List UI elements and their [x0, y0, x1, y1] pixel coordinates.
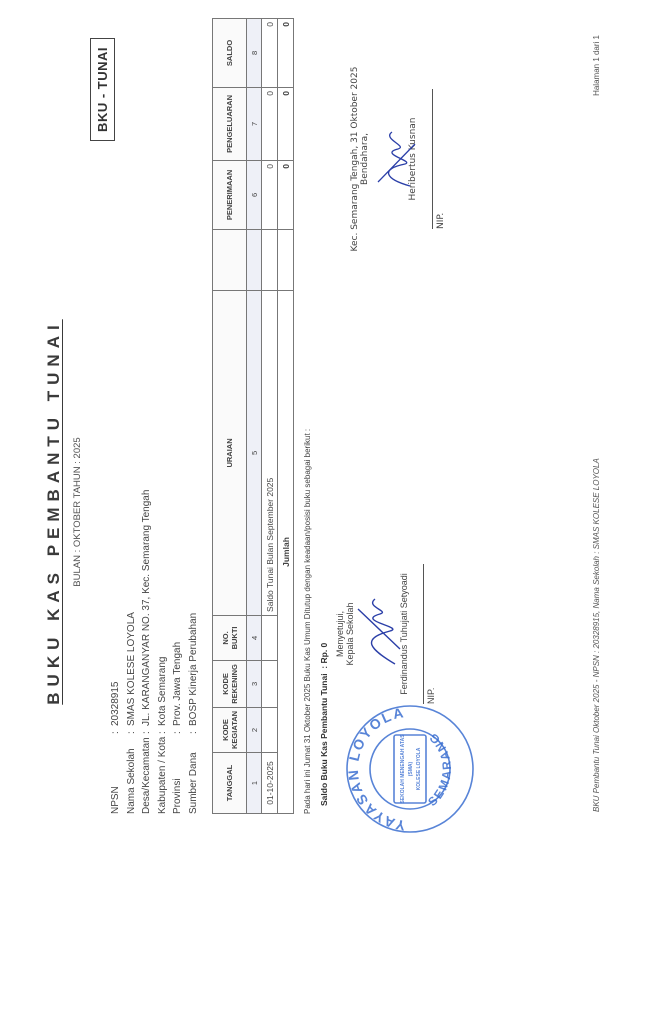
document-subtitle: BULAN : OKTOBER TAHUN : 2025	[72, 0, 83, 1024]
saldo-summary-value: : Rp. 0	[319, 643, 329, 669]
info-label: Kabupaten / Kota	[157, 734, 168, 814]
signing-place-date: Kec. Semarang Tengah, 31 Oktober 2025	[350, 59, 360, 259]
principal-nip: NIP.	[426, 534, 436, 734]
info-separator: :	[141, 726, 152, 734]
page-number: Halaman 1 dari 1	[592, 35, 601, 96]
info-separator: :	[126, 726, 137, 734]
info-value: BOSP Kinerja Perubahan	[188, 613, 199, 726]
total-label: Jumlah	[278, 290, 294, 813]
col-header-tanggal: TANGGAL	[213, 753, 247, 814]
info-row-province: Provinsi:Prov. Jawa Tengah	[170, 490, 186, 814]
col-header-penerimaan: PENERIMAAN	[213, 160, 247, 229]
table-total-row: Jumlah 0 0 0	[278, 18, 294, 813]
cell-tanggal: 01-10-2025	[262, 753, 278, 814]
info-separator: :	[188, 726, 199, 734]
cell-blank	[278, 229, 294, 290]
cell-no-bukti	[262, 615, 278, 660]
cash-ledger-table: TANGGAL KODE KEGIATAN KODE REKENING NO. …	[212, 18, 294, 814]
info-label: Sumber Dana	[188, 734, 199, 814]
document-title-text: BUKU KAS PEMBANTU TUNAI	[44, 319, 63, 704]
col-header-pengeluaran: PENGELUARAN	[213, 87, 247, 160]
svg-text:SEKOLAH MENENGAH ATAS: SEKOLAH MENENGAH ATAS	[400, 734, 406, 804]
total-saldo: 0	[278, 18, 294, 87]
index-cell: 1	[247, 753, 262, 814]
info-value: JL. KARANGANYAR NO. 37, Kec. Semarang Te…	[141, 490, 152, 726]
col-header-uraian: URAIAN	[213, 290, 247, 615]
col-header-kode-kegiatan: KODE KEGIATAN	[213, 707, 247, 752]
info-label: NPSN	[110, 734, 121, 814]
table-row: 01-10-2025 Saldo Tunai Bulan September 2…	[262, 18, 278, 813]
bku-tunai-badge: BKU - TUNAI	[90, 38, 115, 141]
cell-kode-kegiatan	[262, 707, 278, 752]
info-label: Provinsi	[172, 734, 183, 814]
page-footer: BKU Pembantu Tunai Oktober 2025 - NPSN :…	[592, 458, 601, 812]
index-cell: 7	[247, 87, 262, 160]
cell-pengeluaran: 0	[262, 87, 278, 160]
total-penerimaan: 0	[278, 160, 294, 229]
treasurer-nip: NIP.	[436, 59, 446, 259]
info-label: Nama Sekolah	[126, 734, 137, 814]
table-header-row: TANGGAL KODE KEGIATAN KODE REKENING NO. …	[213, 18, 247, 813]
info-value: Prov. Jawa Tengah	[172, 642, 183, 726]
col-header-no-bukti: NO. BUKTI	[213, 615, 247, 660]
col-header-kode-rekening: KODE REKENING	[213, 660, 247, 707]
saldo-summary-label: Saldo Buku Kas Pembantu Tunai	[319, 673, 329, 806]
info-separator: :	[157, 726, 168, 734]
index-cell	[247, 229, 262, 290]
column-index-row: 1 2 3 4 5 6 7 8	[247, 18, 262, 813]
info-row-district: Desa/Kecamatan:JL. KARANGANYAR NO. 37, K…	[139, 490, 155, 814]
cell-kode-rekening	[262, 660, 278, 707]
signature-line	[423, 564, 424, 704]
svg-text:(SMA): (SMA)	[408, 761, 414, 776]
index-cell: 4	[247, 615, 262, 660]
cell-blank	[262, 229, 278, 290]
index-cell: 2	[247, 707, 262, 752]
info-row-school-name: Nama Sekolah:SMAS KOLESE LOYOLA	[124, 490, 140, 814]
document-page: BUKU KAS PEMBANTU TUNAI BULAN : OKTOBER …	[0, 0, 670, 1024]
saldo-summary: Saldo Buku Kas Pembantu Tunai : Rp. 0	[319, 643, 329, 806]
info-value: 20328915	[110, 682, 121, 727]
index-cell: 3	[247, 660, 262, 707]
closing-statement: Pada hari ini Jumat 31 Oktober 2025 Buku…	[303, 429, 312, 814]
info-separator: :	[172, 726, 183, 734]
info-row-npsn: NPSN:20328915	[108, 490, 124, 814]
index-cell: 5	[247, 290, 262, 615]
info-value: Kota Semarang	[157, 657, 168, 727]
col-header-blank	[213, 229, 247, 290]
info-label: Desa/Kecamatan	[141, 734, 152, 814]
index-cell: 8	[247, 18, 262, 87]
info-row-city: Kabupaten / Kota:Kota Semarang	[155, 490, 171, 814]
document-title: BUKU KAS PEMBANTU TUNAI	[44, 0, 64, 1024]
info-separator: :	[110, 726, 121, 734]
cell-penerimaan: 0	[262, 160, 278, 229]
cell-uraian: Saldo Tunai Bulan September 2025	[262, 290, 278, 615]
info-row-fund-source: Sumber Dana:BOSP Kinerja Perubahan	[186, 490, 202, 814]
index-cell: 6	[247, 160, 262, 229]
svg-text:KOLESE LOYOLA: KOLESE LOYOLA	[416, 747, 422, 790]
svg-text:SEMARANG: SEMARANG	[425, 729, 454, 809]
signature-line	[432, 89, 433, 229]
approval-label: Menyetujui,	[335, 534, 345, 734]
cell-saldo: 0	[262, 18, 278, 87]
school-info: NPSN:20328915 Nama Sekolah:SMAS KOLESE L…	[108, 490, 201, 814]
total-pengeluaran: 0	[278, 87, 294, 160]
info-value: SMAS KOLESE LOYOLA	[126, 612, 137, 726]
principal-signature-icon	[350, 589, 410, 669]
col-header-saldo: SALDO	[213, 18, 247, 87]
treasurer-signature-icon	[370, 124, 420, 194]
treasurer-role: Bendahara,	[360, 59, 370, 259]
